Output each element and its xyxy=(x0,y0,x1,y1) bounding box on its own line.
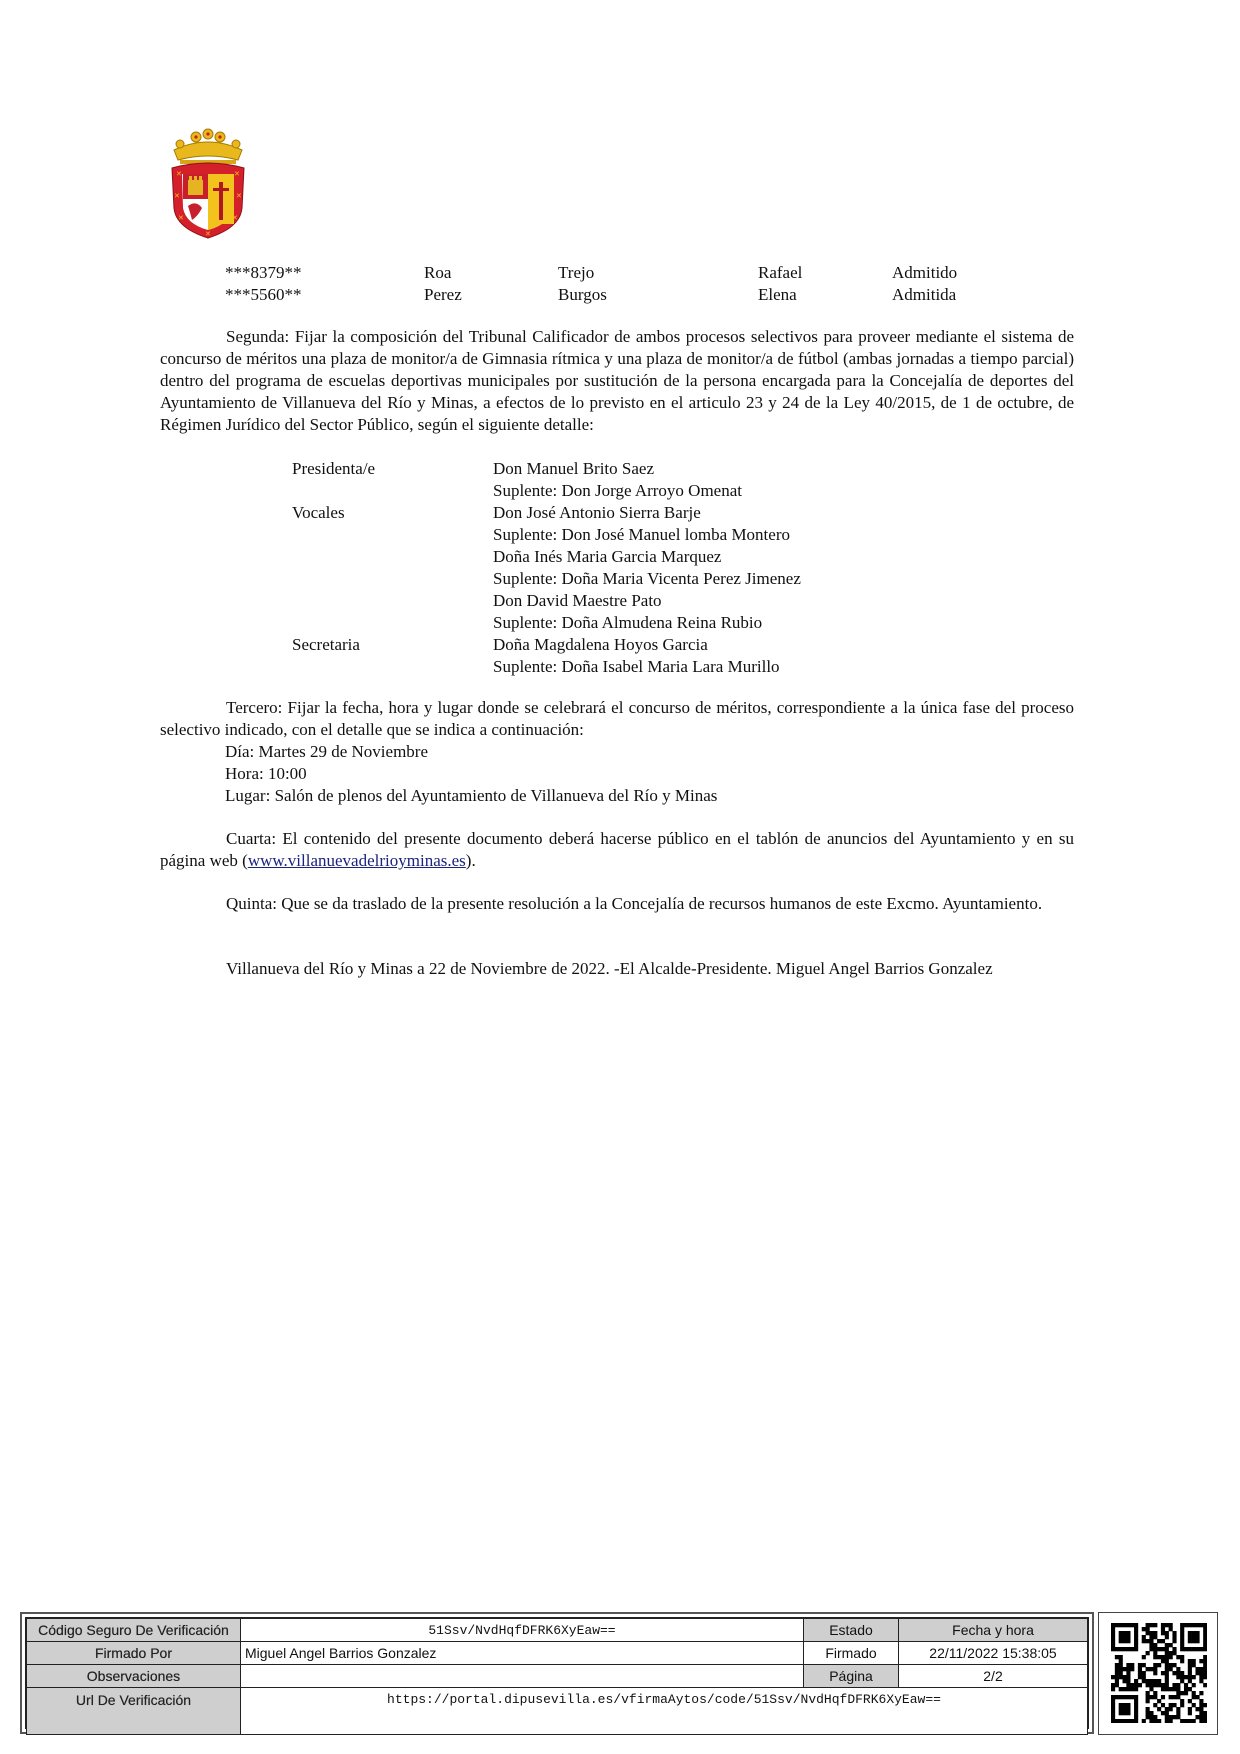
cuarta-text-end: ). xyxy=(466,851,476,870)
svg-text:✕: ✕ xyxy=(232,214,238,222)
tribunal-member: Don Manuel Brito Saez xyxy=(493,458,654,480)
candidate-surname1: Roa xyxy=(424,262,451,284)
candidate-status: Admitida xyxy=(892,284,956,306)
svg-text:✕: ✕ xyxy=(174,192,180,200)
svg-text:✕: ✕ xyxy=(205,230,211,238)
tribunal-role: Vocales xyxy=(292,502,345,524)
verification-block: Código Seguro De Verificación 51Ssv/NvdH… xyxy=(20,1612,1094,1734)
csv-label: Código Seguro De Verificación xyxy=(27,1619,241,1642)
tribunal-member: Suplente: Doña Isabel Maria Lara Murillo xyxy=(493,656,780,678)
candidate-surname1: Perez xyxy=(424,284,462,306)
quinta-text: Quinta: Que se da traslado de la present… xyxy=(226,894,1042,913)
csv-value: 51Ssv/NvdHqfDFRK6XyEaw== xyxy=(241,1619,804,1642)
svg-text:✕: ✕ xyxy=(236,192,242,200)
verification-table: Código Seguro De Verificación 51Ssv/NvdH… xyxy=(26,1618,1088,1735)
coat-of-arms-logo: ✕ ✕ ✕ ✕ ✕ ✕ ✕ xyxy=(168,124,248,240)
candidate-surname2: Trejo xyxy=(558,262,594,284)
list-item: ***8379** Roa Trejo Rafael Admitido xyxy=(0,262,1240,284)
paragraph-segunda: Segunda: Fijar la composición del Tribun… xyxy=(160,326,1074,436)
website-link[interactable]: www.villanuevadelrioyminas.es xyxy=(248,851,466,870)
fecha-value: 22/11/2022 15:38:05 xyxy=(899,1642,1088,1665)
url-value[interactable]: https://portal.dipusevilla.es/vfirmaAyto… xyxy=(241,1688,1088,1735)
tribunal-member: Doña Magdalena Hoyos Garcia xyxy=(493,634,708,656)
candidate-surname2: Burgos xyxy=(558,284,607,306)
pagina-value: 2/2 xyxy=(899,1665,1088,1688)
segunda-text: Segunda: Fijar la composición del Tribun… xyxy=(160,327,1074,434)
tribunal-member: Suplente: Doña Almudena Reina Rubio xyxy=(493,612,762,634)
candidate-name: Rafael xyxy=(758,262,802,284)
tercero-dia: Día: Martes 29 de Noviembre xyxy=(225,741,428,763)
paragraph-cuarta: Cuarta: El contenido del presente docume… xyxy=(160,828,1074,872)
observaciones-value xyxy=(241,1665,804,1688)
tribunal-member: Suplente: Don José Manuel lomba Montero xyxy=(493,524,790,546)
candidate-name: Elena xyxy=(758,284,797,306)
estado-value: Firmado xyxy=(804,1642,899,1665)
tribunal-member: Don David Maestre Pato xyxy=(493,590,662,612)
tercero-lugar: Lugar: Salón de plenos del Ayuntamiento … xyxy=(225,785,717,807)
estado-label: Estado xyxy=(804,1619,899,1642)
firmado-por-value: Miguel Angel Barrios Gonzalez xyxy=(241,1642,804,1665)
tribunal-member: Don José Antonio Sierra Barje xyxy=(493,502,701,524)
tercero-text: Tercero: Fijar la fecha, hora y lugar do… xyxy=(160,698,1074,739)
svg-text:✕: ✕ xyxy=(178,214,184,222)
url-label: Url De Verificación xyxy=(27,1688,241,1735)
qr-code-icon xyxy=(1111,1623,1207,1723)
tribunal-member: Doña Inés Maria Garcia Marquez xyxy=(493,546,721,568)
svg-text:✕: ✕ xyxy=(234,170,240,178)
paragraph-signature: Villanueva del Río y Minas a 22 de Novie… xyxy=(160,958,1074,980)
tribunal-role: Presidenta/e xyxy=(292,458,375,480)
svg-text:✕: ✕ xyxy=(176,170,182,178)
paragraph-quinta: Quinta: Que se da traslado de la present… xyxy=(160,893,1074,915)
fecha-label: Fecha y hora xyxy=(899,1619,1088,1642)
tercero-hora: Hora: 10:00 xyxy=(225,763,307,785)
tribunal-role: Secretaria xyxy=(292,634,360,656)
firmado-por-label: Firmado Por xyxy=(27,1642,241,1665)
candidate-id: ***8379** xyxy=(225,262,302,284)
tribunal-member: Suplente: Don Jorge Arroyo Omenat xyxy=(493,480,742,502)
candidate-status: Admitido xyxy=(892,262,957,284)
qr-code xyxy=(1098,1612,1218,1735)
crest-icon: ✕ ✕ ✕ ✕ ✕ ✕ ✕ xyxy=(168,124,248,240)
list-item: ***5560** Perez Burgos Elena Admitida xyxy=(0,284,1240,306)
observaciones-label: Observaciones xyxy=(27,1665,241,1688)
candidate-id: ***5560** xyxy=(225,284,302,306)
pagina-label: Página xyxy=(804,1665,899,1688)
signature-text: Villanueva del Río y Minas a 22 de Novie… xyxy=(226,959,993,978)
tribunal-member: Suplente: Doña Maria Vicenta Perez Jimen… xyxy=(493,568,801,590)
paragraph-tercero: Tercero: Fijar la fecha, hora y lugar do… xyxy=(160,697,1074,741)
